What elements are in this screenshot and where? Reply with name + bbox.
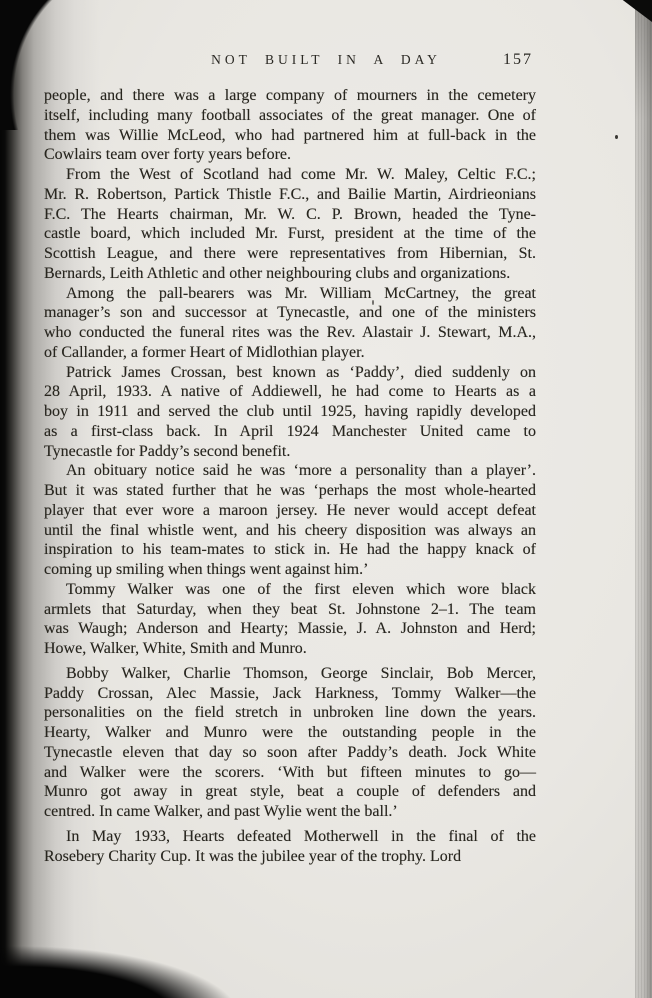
text-line: until the final whistle went, and his ch… — [44, 521, 536, 541]
text-line: Bobby Walker, Charlie Thomson, George Si… — [44, 664, 536, 684]
text-line: was Waugh; Anderson and Hearty; Massie, … — [44, 619, 536, 639]
text-line: as a first-class back. In April 1924 Man… — [44, 422, 536, 442]
paragraph: Patrick James Crossan, best known as ‘Pa… — [44, 363, 536, 462]
text-line: armlets that Saturday, when they beat St… — [44, 600, 536, 620]
paragraph: In May 1933, Hearts defeated Motherwell … — [44, 827, 536, 867]
text-line: manager’s son and successor at Tynecastl… — [44, 303, 536, 323]
text-line: people, and there was a large company of… — [44, 86, 536, 106]
text-line: player that ever wore a maroon jersey. H… — [44, 501, 536, 521]
paragraph: Bobby Walker, Charlie Thomson, George Si… — [44, 664, 536, 822]
text-line: coming up smiling when things went again… — [44, 560, 536, 580]
text-line: Tynecastle eleven that day so soon after… — [44, 743, 536, 763]
text-line: 28 April, 1933. A native of Addiewell, h… — [44, 382, 536, 402]
ink-speck — [615, 135, 618, 139]
text-line: Hearty, Walker and Munro were the outsta… — [44, 723, 536, 743]
text-line: boy in 1911 and served the club until 19… — [44, 402, 536, 422]
paragraph: Tommy Walker was one of the first eleven… — [44, 580, 536, 659]
text-line: Munro got away in great style, beat a co… — [44, 782, 536, 802]
text-line: Patrick James Crossan, best known as ‘Pa… — [44, 363, 536, 383]
text-line: Rosebery Charity Cup. It was the jubilee… — [44, 847, 536, 867]
page-edge-right — [635, 0, 652, 998]
text-line: Scottish League, and there were represen… — [44, 244, 536, 264]
text-line: Cowlairs team over forty years before. — [44, 145, 536, 165]
text-line: centred. In came Walker, and past Wylie … — [44, 802, 536, 822]
page-number: 157 — [503, 51, 533, 69]
text-line: itself, including many football associat… — [44, 106, 536, 126]
text-line: them was Willie McLeod, who had partnere… — [44, 126, 536, 146]
paragraph: From the West of Scotland had come Mr. W… — [44, 165, 536, 284]
page-body: people, and there was a large company of… — [44, 86, 536, 866]
text-line: F.C. The Hearts chairman, Mr. W. C. P. B… — [44, 205, 536, 225]
text-line: Bernards, Leith Athletic and other neigh… — [44, 264, 536, 284]
text-line: Paddy Crossan, Alec Massie, Jack Harknes… — [44, 684, 536, 704]
scan-corner-bottom-left — [0, 928, 280, 998]
text-line: inspiration to his team-mates to stick i… — [44, 540, 536, 560]
text-line: personalities on the field stretch in un… — [44, 703, 536, 723]
paragraph: people, and there was a large company of… — [44, 86, 536, 165]
text-line: From the West of Scotland had come Mr. W… — [44, 165, 536, 185]
text-line: Howe, Walker, White, Smith and Munro. — [44, 639, 536, 659]
text-line: But it was stated further that he was ‘p… — [44, 481, 536, 501]
text-line: Tynecastle for Paddy’s second benefit. — [44, 442, 536, 462]
paragraph: An obituary notice said he was ‘more a p… — [44, 461, 536, 580]
scanned-book-page: NOT BUILT IN A DAY 157 people, and there… — [0, 0, 652, 998]
text-line: Tommy Walker was one of the first eleven… — [44, 580, 536, 600]
text-line: Mr. R. Robertson, Partick Thistle F.C., … — [44, 185, 536, 205]
text-line: An obituary notice said he was ‘more a p… — [44, 461, 536, 481]
text-line: who conducted the funeral rites was the … — [44, 323, 536, 343]
text-line: and Walker were the scorers. ‘With but f… — [44, 763, 536, 783]
text-line: Among the pall-bearers was Mr. William M… — [44, 284, 536, 304]
text-line: castle board, which included Mr. Furst, … — [44, 224, 536, 244]
running-head-title: NOT BUILT IN A DAY — [0, 52, 652, 68]
paragraph: Among the pall-bearers was Mr. William M… — [44, 284, 536, 363]
text-line: In May 1933, Hearts defeated Motherwell … — [44, 827, 536, 847]
text-line: of Callander, a former Heart of Midlothi… — [44, 343, 536, 363]
